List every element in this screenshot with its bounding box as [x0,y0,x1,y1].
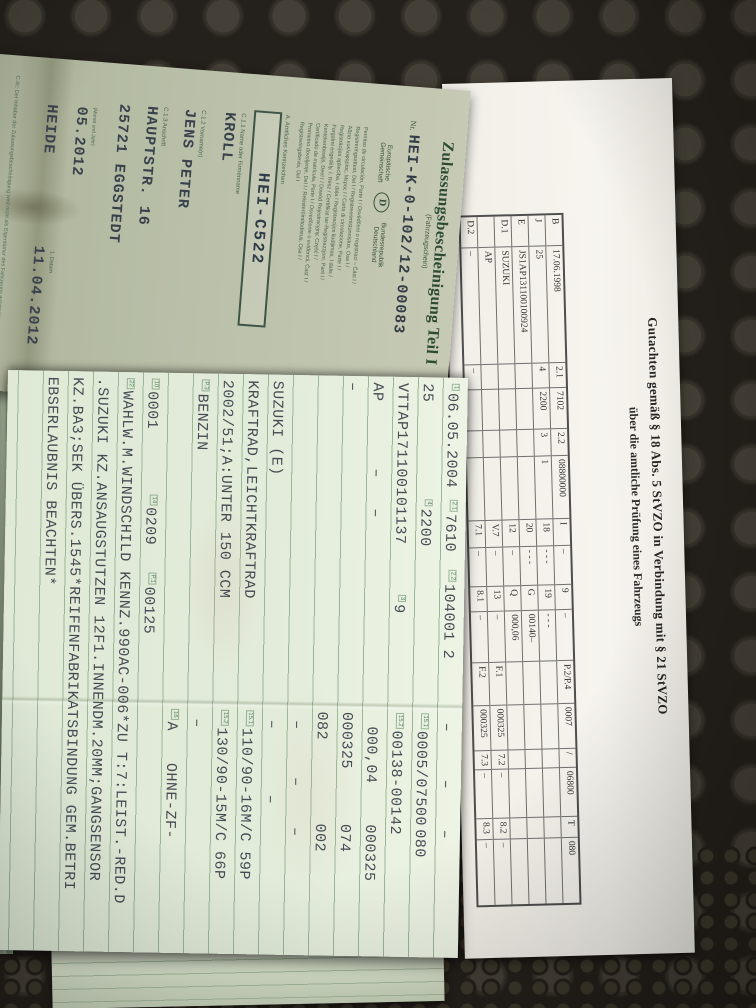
fahrzeugschein-cell: P.3BENZIN [193,379,212,451]
fahrzeugschein-cell: 42200 [416,499,435,547]
eu-country-row: Europäische Gemeinschaft D Bundesrepubli… [368,142,394,268]
fahrzeugschein-cell: 15.10005/07500 [411,713,431,826]
gutachten-table-cell: – [503,547,520,586]
gutachten-table-cell: D.1 [494,216,511,247]
gutachten-table-cell [543,768,560,817]
fahrzeugschein-cell: – [261,794,279,804]
hu-field-label: (Monat und Jahr) [89,107,98,145]
field-value: 130/90-15M/C 66P [210,727,230,879]
gutachten-table-cell [508,750,524,769]
country-label: Bundesrepublik Deutschland [369,222,387,268]
fahrzeugschein-cell: KRAFTRAD,LEICHTKRAFTRAD [240,380,262,599]
field-value: – [287,777,304,787]
gutachten-table-cell: 080 [562,838,580,903]
fahrzeugschein-cell: 074 [336,824,354,853]
gutachten-table-cell: G [521,586,538,611]
field-number-label: 2.2 [448,570,456,582]
fahrzeugschein-cell: 2 [439,650,457,660]
field-number-label: 2.1 [450,500,458,512]
gutachten-table-cell: E [511,216,528,247]
gutachten-table-cell: – [554,546,571,585]
fahrzeugschein-green-form: 106.05.20042.176102.21040012–––254220015… [0,370,468,958]
gutachten-table-cell: F.1 [489,663,506,706]
hu-date: 05.2012 [68,106,90,177]
gutachten-table-cell [477,217,494,248]
gutachten-table-cell: 9 [555,585,572,610]
gutachten-table-cell [541,704,558,749]
fahrzeugschein-cell: 2002/51;A:UNTER 150 CCM [215,380,237,599]
field-number-label: 15.2 [396,713,404,729]
field-value: – [367,468,384,478]
field-label-c12: C.1.2 Vorname(n) [197,110,207,158]
gutachten-table-cell: – [461,248,480,365]
gutachten-table-cell [544,817,561,838]
owner-firstname: JENS PETER [173,108,198,209]
gutachten-table-cell: – [477,840,495,905]
gutachten-table-cell [526,769,543,818]
field-number-label: 16 [171,709,179,720]
gutachten-table-cell: 13 [487,587,504,612]
gutachten-table-cell [506,662,523,705]
gutachten-table-cell: – [494,839,512,904]
field-value: SUZUKI (E) [267,381,286,476]
field-number-label: 10 [152,379,160,390]
gutachten-table-cell: 8.1 [470,587,487,612]
field-number-label: 4 [425,499,433,506]
field-value: KRAFTRAD,LEICHTKRAFTRAD [240,380,261,599]
fahrzeugschein-cell: – [288,720,306,730]
field-value: 000325 [360,824,378,881]
gutachten-table-cell [482,390,499,431]
fahrzeugschein-cell: 15.2130/90-15M/C 66P [210,710,231,880]
fahrzeugschein-cell: SUZUKI (E) [267,381,287,476]
field-number-label: 1 [452,384,460,391]
field-value: VTTAP171100101137 [391,383,411,545]
gutachten-table-cell: 000,06 [505,611,522,662]
field-value: 0005/07500 [411,731,430,826]
fahrzeugschein-cell: 25 [419,383,437,402]
number-label: Nr. [408,120,418,131]
fahrzeugschein-cell: 080 [411,829,429,858]
field-value: 00125 [139,587,157,635]
fahrzeugschein-cell: 000325 [337,712,356,769]
gutachten-table-cell: 7.1 [468,521,485,548]
gutachten-table-cell: - - - [537,546,554,585]
gutachten-table-cell: 2.1 [549,363,566,388]
field-label-c13: C.1.3 Anschrift [159,107,168,146]
gutachten-table-cell: Q [504,586,521,611]
field-value: 9 [390,604,407,614]
fahrzeugschein-field-grid: 106.05.20042.176102.21040012–––254220015… [0,370,468,958]
field-number-label: P.3 [202,379,210,391]
fahrzeugschein-cell: 39 [390,595,408,614]
field-value: – [188,718,205,728]
owner-street: HAUPTSTR. 16 [134,105,160,226]
gutachten-table-cell [516,389,533,430]
fahrzeugschein-cell: AP [369,382,387,401]
issue-date-label: 1. Datum [47,250,55,273]
gutachten-table-cell: 19 [538,585,555,610]
gutachten-table-cell: 3 [534,429,551,456]
fahrzeugschein-cell: 15.200138-00142 [386,713,406,836]
gutachten-table-cell: / [559,749,575,768]
fahrzeugschein-cell: – [437,780,455,790]
multilingual-fine-print: Permiso de circulación, Parte I / Osvědč… [278,122,370,383]
owner-surname: KROLL [217,112,238,163]
gutachten-table-cell [467,458,485,521]
fahrzeugschein-cell: VTTAP171100101137 [391,383,412,545]
fahrzeugschein-cell: 16A [163,709,181,732]
fahrzeugschein-cell: – [438,723,456,733]
gutachten-table-cell: – [471,612,488,663]
field-value: 104001 [439,584,457,641]
gutachten-table-cell: 06800 [560,768,577,817]
fahrzeugschein-cell: EBSERLAUBNIS BEACHTEN* [40,377,62,586]
gutachten-table-cell [501,457,519,520]
field-value: 2 [439,650,456,660]
gutachten-table-cell [515,364,532,389]
gutachten-table-cell: 8.3 [476,819,493,840]
fahrzeugschein-cell: – [367,468,385,478]
field-value: A [163,721,180,731]
gutachten-table-cell [466,431,483,458]
gutachten-table-cell [481,365,498,390]
photo-of-vehicle-documents: { "palette": { "surface": "#2a261f", "kn… [0,0,756,1008]
gutachten-table-cell: V.7 [485,521,502,548]
gutachten-table-cell: 2.2 [551,429,568,456]
fahrzeugschein-cell: – [263,720,281,730]
gutachten-table-cell [525,750,541,769]
eu-community-label: Europäische Gemeinschaft [376,142,394,183]
gutachten-table-cell [499,389,516,430]
fahrzeugschein-cell: 082 [313,711,331,740]
field-value: 082 [313,711,330,740]
field-value: – [344,382,361,392]
field-value: 00138-00142 [386,730,405,835]
gutachten-table-cell [545,838,563,903]
gutachten-sheet: Gutachten gemäß § 18 Abs. 5 StVZO in Ver… [442,78,695,959]
license-plate-box: HEI-C522 [237,110,282,328]
fahrzeugschein-cell: – [286,827,304,837]
fahrzeugschein-cell: 000,04 [362,726,381,783]
field-value: – [286,827,303,837]
field-value: – [261,794,278,804]
gutachten-table-cell: 25 [529,246,548,363]
gutachten-table-cell: 000325 [490,706,507,751]
gutachten-table-cell [510,818,527,839]
gutachten-table-cell: 0007 [558,704,575,749]
gutachten-table-cell: 7.2 [491,751,507,770]
field-value: 2200 [416,508,434,546]
gutachten-table-cell [507,705,524,750]
fahrzeugschein-cell: 100001 [143,378,162,429]
gutachten-table-cell [542,749,558,768]
gutachten-table-cell: F.2 [472,663,489,706]
field-value: 2002/51;A:UNTER 150 CCM [215,380,236,599]
field-value: EBSERLAUBNIS BEACHTEN* [40,377,61,586]
field-value: 06.05.2004 [442,393,461,488]
gutachten-table-cell: B [545,215,562,246]
field-number-label: 3 [398,595,406,602]
fahrzeugschein-cell: – [287,777,305,787]
field-value: – [436,830,453,840]
gutachten-table-cell: - - - [539,610,556,661]
fahrzeugschein-cell: 106.05.2004 [442,384,462,489]
fahrzeugschein-cell: 000325 [360,824,379,881]
field-value: – [366,508,383,518]
gutachten-table-cell: JS1AP131100100924 [512,247,531,364]
fahrzeugschein-cell: 15.1110/90-16M/C 59P [235,710,256,880]
field-value: – [438,723,455,733]
gutachten-table-cell: 7102 [550,388,567,429]
field-value: 110/90-16M/C 59P [235,728,255,880]
gutachten-table-cell: 08800000 [552,456,570,519]
gutachten-table-cell: P.2/P.4 [557,661,574,704]
gutachten-table-cell [524,705,541,750]
gutachten-table-cell [484,458,502,521]
gutachten-table-cell: I [553,519,570,546]
country-oval-d: D [373,192,391,213]
gutachten-table-cell: – [488,612,505,663]
field-value: AP [369,382,386,401]
gutachten-table-cell: SUZUKI [495,247,514,364]
gutachten-table-cell: 7.3 [474,751,490,770]
gutachten-table-cell: – [492,770,509,819]
fahrzeugschein-cell: OHNE-ZF- [161,763,180,839]
field-value: 0001 [143,391,161,429]
gutachten-table-cell [528,839,546,904]
gutachten-table-cell: 8.2 [493,818,510,839]
gutachten-table-cell [518,457,536,520]
field-number-label: 22 [127,378,135,389]
field-value: 0209 [141,507,159,545]
fahrzeugschein-cell: 2.2104001 [439,570,458,642]
field-value: – [437,780,454,790]
field-value: – [288,720,305,730]
gutachten-table-cell: – [486,548,503,587]
gutachten-table-cell [498,364,515,389]
fahrzeugschein-cell: 002 [311,823,329,852]
gutachten-table-cell: 1 [535,456,553,519]
gutachten-table-cell: J [528,215,545,246]
field-number-label: 15.2 [221,710,229,726]
fahrzeugschein-cell: – [366,508,384,518]
field-number-label: 15.1 [246,710,254,726]
field-value: 000325 [337,712,355,769]
gutachten-table-cell: D.2 [461,217,478,248]
field-number-label: 14 [150,494,158,505]
gutachten-table-cell: 12 [502,520,519,547]
field-number-label: 15.1 [421,713,429,729]
fahrzeugschein-cell: – [344,382,362,392]
gutachten-table-cell: – [469,548,486,587]
gutachten-table-cell: 00140– [522,611,539,662]
gutachten-table-cell [540,661,557,704]
gutachten-table: B17.06.19982.171022.208800000I–9–P.2/P.4… [458,213,581,908]
gutachten-table-cell: 2200 [533,388,550,429]
issue-date: 11.04.2012 [22,245,47,346]
fahrzeugschein-cell: – [188,718,206,728]
gutachten-table-cell: T [561,817,578,838]
fahrzeugschein-cell: – [436,830,454,840]
gutachten-table-cell [500,430,517,457]
gutachten-table-cell: 000325 [473,706,490,751]
field-value: – [263,720,280,730]
issuing-place: HEIDE [39,104,60,155]
fahrzeugschein-cell: 140209 [141,494,160,545]
gutachten-table-cell: 17.06.1998 [546,246,565,363]
gutachten-table-cell [523,662,540,705]
document-number: Nr.HEI-K-0-102/12-00083 [389,120,424,335]
fahrzeugschein-content: 106.05.20042.176102.21040012–––254220015… [0,370,468,958]
field-value: 7610 [441,514,459,552]
gutachten-table-cell [511,839,529,904]
gutachten-table-cell [509,769,526,818]
fahrzeugschein-cell: P.100125 [139,572,158,634]
gutachten-table-cell [527,818,544,839]
fahrzeugschein-cell: 2.17610 [441,500,460,553]
gutachten-table-cell: 4 [532,363,549,388]
gutachten-table-cell: - - - [520,547,537,586]
field-value: 002 [311,823,328,852]
field-value: OHNE-ZF- [161,763,179,839]
field-value: BENZIN [193,393,211,450]
field-number-label: P.1 [148,572,156,584]
field-value: 074 [336,824,353,853]
owner-city: 25721 EGGSTEDT [105,103,133,244]
field-value: 25 [419,383,436,402]
number-value: HEI-K-0-102/12-00083 [389,134,422,335]
gutachten-table-cell: AP [478,248,497,365]
gutachten-table-cell: – [475,770,492,819]
gutachten-table-cell: 20 [519,520,536,547]
field-value: 080 [411,829,428,858]
owner-disclaimer-note: C.4c: Der Inhaber der Zulassungsbeschein… [0,75,20,327]
gutachten-table-cell: 18 [536,519,553,546]
gutachten-table-cell: – [556,610,573,661]
field-value: 000,04 [362,726,380,783]
gutachten-table-cell [483,431,500,458]
gutachten-table-cell [517,430,534,457]
gutachten-content: Gutachten gemäß § 18 Abs. 5 StVZO in Ver… [442,78,695,959]
